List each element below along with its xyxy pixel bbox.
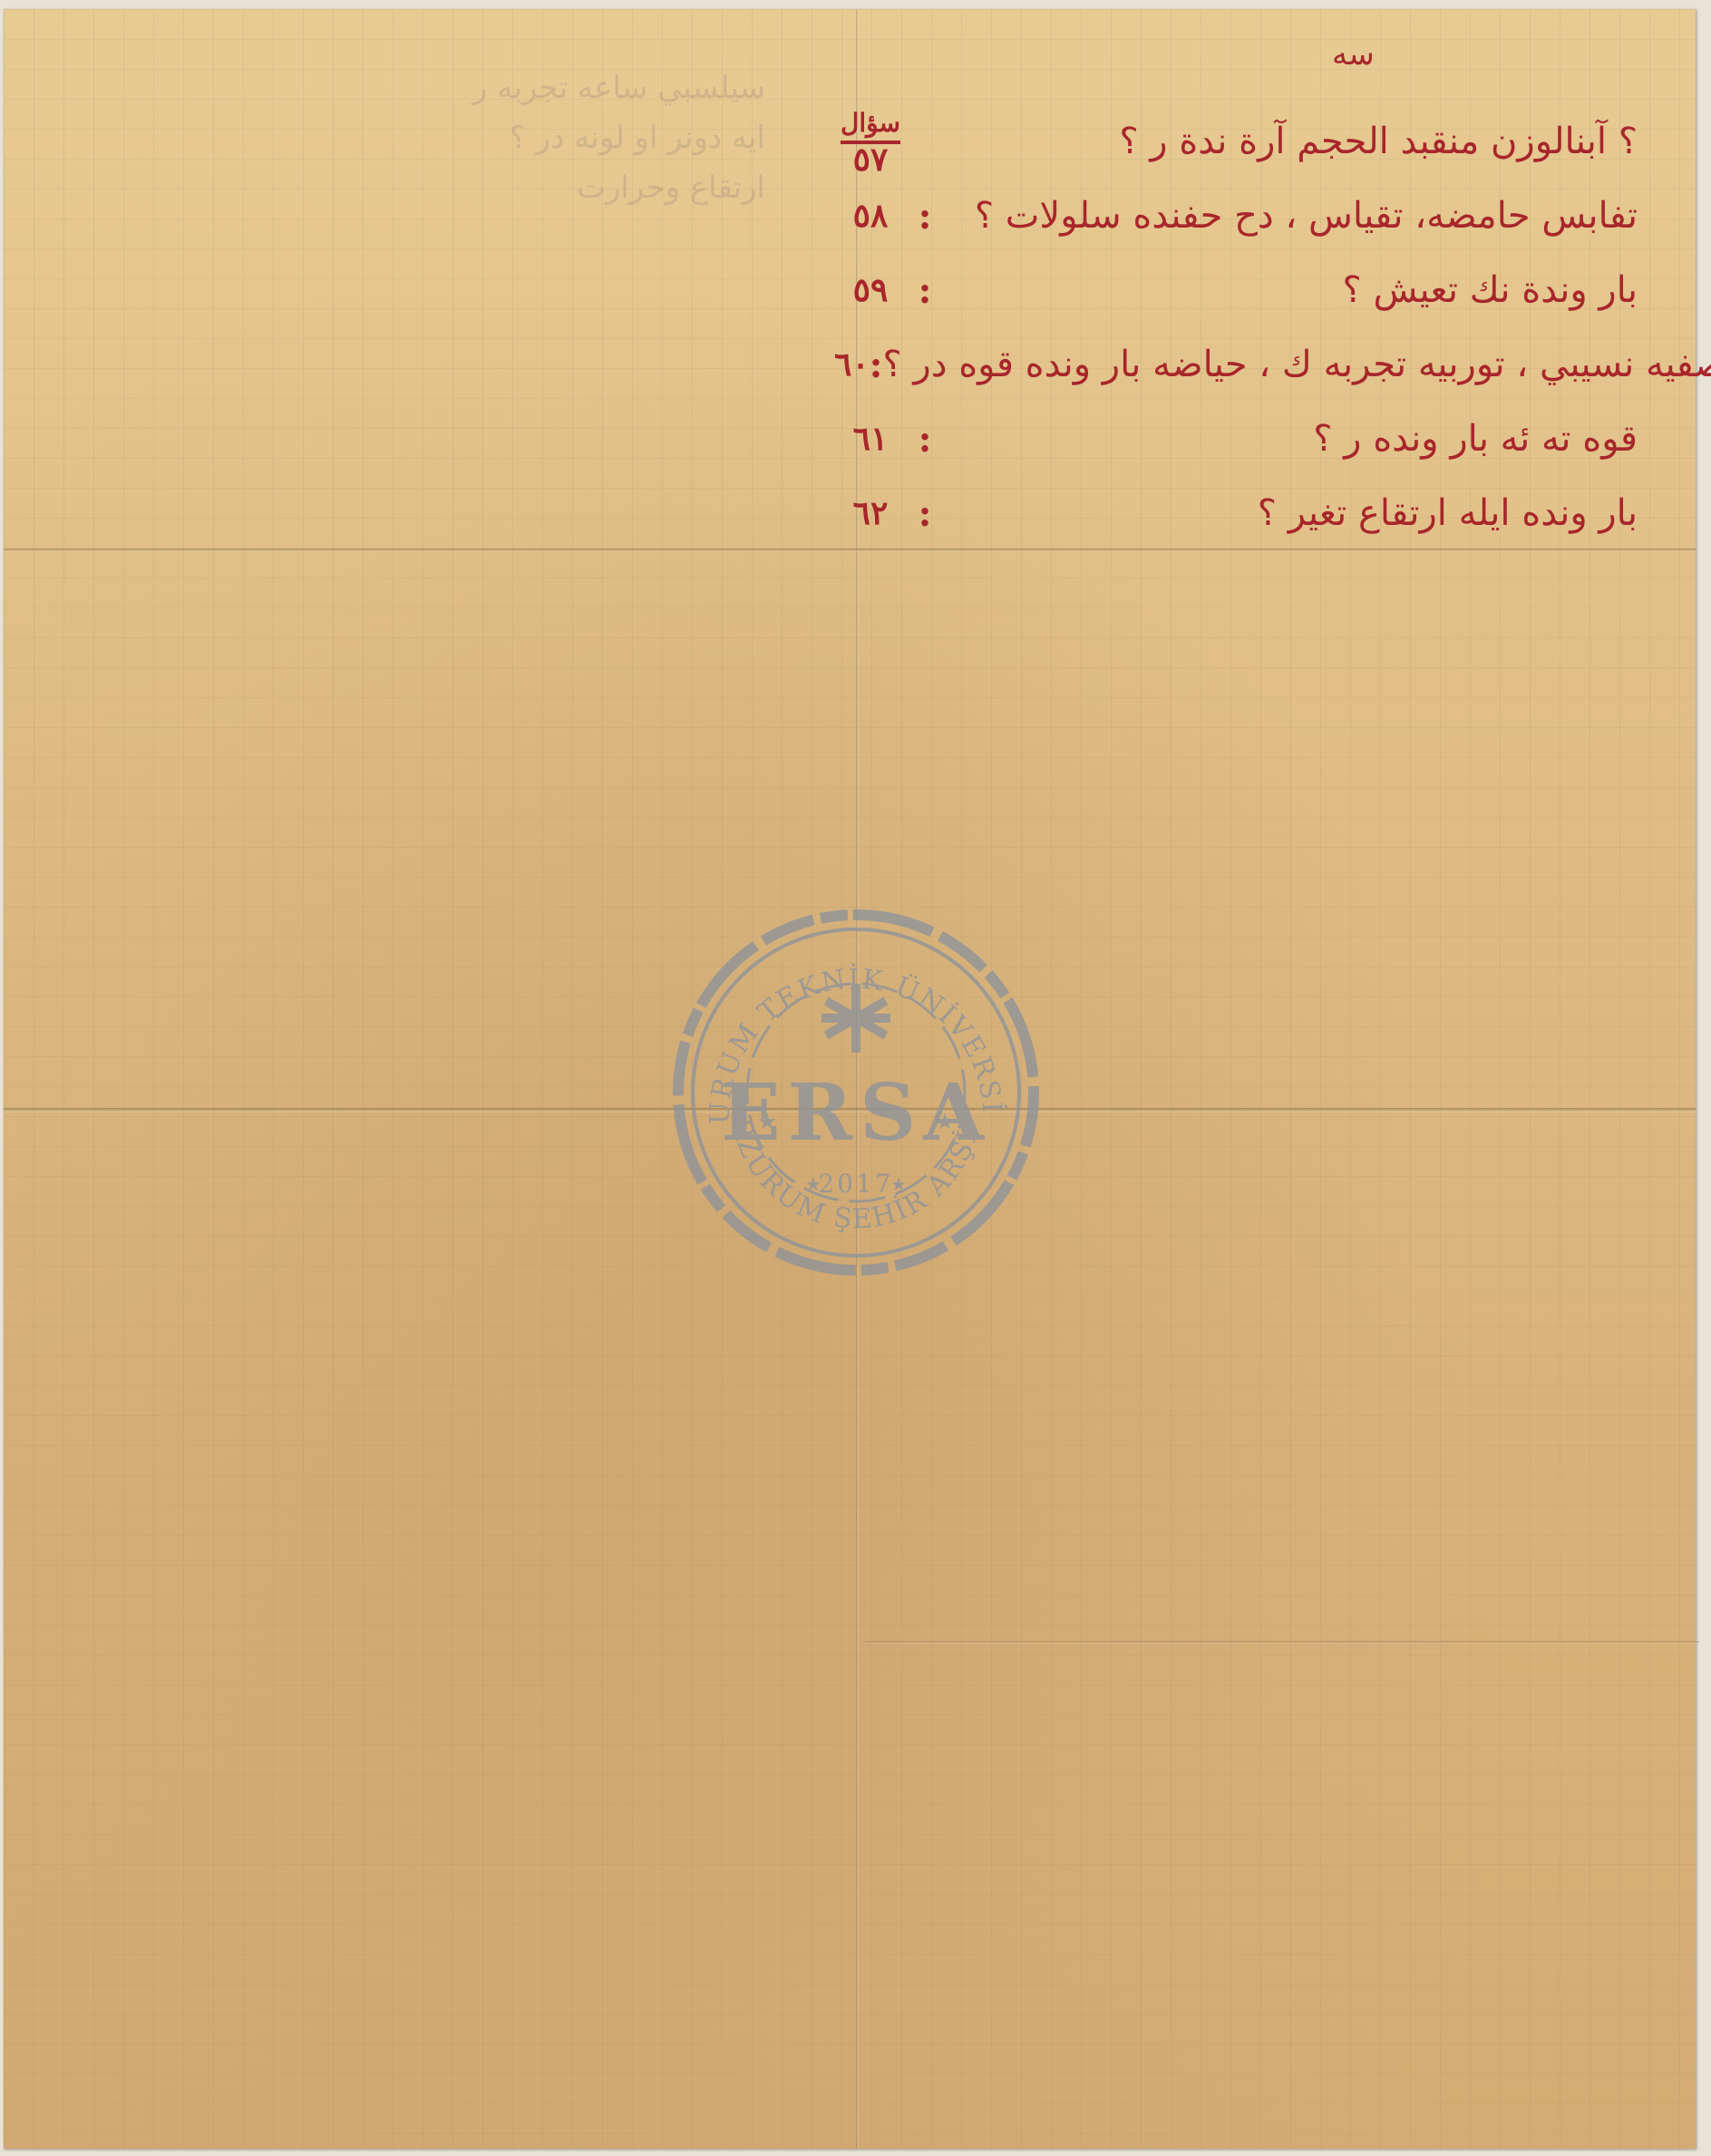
question-item: ٦١ : قوه ته ئه بار ونده ر ؟: [834, 402, 1650, 476]
question-item: ٦٠ : تصفيه نسيبي ، توربيه تجربه ك ، حياض…: [834, 327, 1650, 402]
question-number: سؤال ٥٧: [834, 108, 907, 175]
question-list: سؤال ٥٧ ؟ آبنالوزن منقبد الحجم آرة ندة ر…: [834, 104, 1650, 550]
page-header-mark: سه: [1332, 36, 1375, 73]
question-text: قوه ته ئه بار ونده ر ؟: [943, 418, 1650, 460]
bleed-line: ارتقاع وحرارت: [40, 163, 765, 213]
question-item: ٥٩ : بار وندة نك تعيش ؟: [834, 253, 1650, 327]
horizontal-fold-line: [865, 1641, 1699, 1644]
question-text: بار ونده ايله ارتقاع تغير ؟: [943, 492, 1650, 534]
colon-separator: :: [870, 344, 883, 386]
star-icon: ★: [757, 1109, 777, 1134]
bleed-line: ايه دونر او لونه در ؟: [40, 113, 765, 163]
colon-separator: :: [907, 418, 943, 461]
question-item: ٦٢ : بار ونده ايله ارتقاع تغير ؟: [834, 476, 1650, 550]
question-item: ٥٨ : تفابس حامضه، تقياس ، دح حفنده سلولا…: [834, 179, 1650, 253]
question-number: ٦٠: [834, 345, 870, 384]
stamp-year: 2017: [818, 1169, 893, 1199]
colon-separator: :: [907, 269, 943, 312]
question-number-value: ٥٧: [853, 144, 889, 175]
question-label: سؤال: [841, 108, 900, 144]
question-text: تصفيه نسيبي ، توربيه تجربه ك ، حياضه بار…: [882, 344, 1711, 385]
bleed-line: سيلسبي ساعه تجربه ر: [40, 63, 765, 113]
colon-separator: :: [907, 492, 943, 535]
archive-stamp: ERZURUM TEKNİK ÜNİVERSİTESİ ERZURUM ŞEHİ…: [666, 902, 1046, 1283]
question-item: سؤال ٥٧ ؟ آبنالوزن منقبد الحجم آرة ندة ر…: [834, 104, 1650, 179]
question-number: ٥٨: [834, 197, 907, 235]
document-page: سيلسبي ساعه تجربه ر ايه دونر او لونه در …: [4, 9, 1696, 2149]
question-text: ؟ آبنالوزن منقبد الحجم آرة ندة ر ؟: [943, 121, 1650, 162]
archive-stamp-graphic: ERZURUM TEKNİK ÜNİVERSİTESİ ERZURUM ŞEHİ…: [666, 902, 1046, 1283]
star-icon: ★: [935, 1109, 955, 1134]
bleed-through-text: سيلسبي ساعه تجربه ر ايه دونر او لونه در …: [40, 63, 765, 290]
question-number: ٦١: [834, 420, 907, 458]
question-text: بار وندة نك تعيش ؟: [943, 269, 1650, 311]
question-text: تفابس حامضه، تقياس ، دح حفنده سلولات ؟: [943, 195, 1650, 237]
question-number: ٥٩: [834, 271, 907, 309]
question-number: ٦٢: [834, 494, 907, 532]
colon-separator: :: [907, 195, 943, 238]
